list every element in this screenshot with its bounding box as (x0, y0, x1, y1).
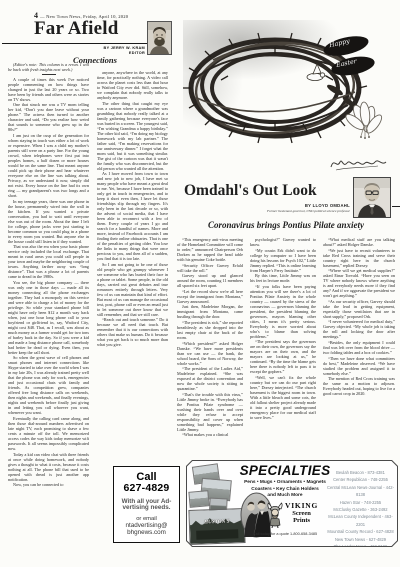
paragraph: By this time, Little Jimmy was on his fe… (250, 273, 316, 283)
viking-ad-inner: HUSTON'S (187, 461, 397, 546)
paragraph: In my teenage years, there was one phone… (8, 199, 89, 244)
paragraph: “We just have to recruit volunteers to t… (323, 248, 395, 268)
newspaper-phone-item: McClusky Gazette - 363-2492 (325, 506, 396, 513)
omdahl-column-3: “What medical stuff are you talking abou… (323, 237, 395, 456)
paragraph: One that struck me was a TV mom telling … (8, 102, 89, 132)
viking-logo-name: VIKING (285, 502, 318, 510)
newspaper-phone-item: New Town News - 627-4829 (325, 536, 396, 543)
omdahl-column-1: “This emergency anti-virus meeting of th… (177, 237, 243, 456)
paragraph: Today a kid can video chat with three fr… (8, 452, 89, 482)
viking-logo-line: Prints (285, 517, 318, 524)
paragraph: “The president is sick,” she reported br… (177, 320, 243, 340)
paragraph-divider (42, 74, 56, 75)
paragraph: “If you folks have been paying attention… (250, 284, 316, 339)
omdahl-byline-block: BY LLOYD OMDAHL Former lieutenant govern… (200, 203, 350, 213)
newspaper-phone-item: Beulah Beacon - 873-4381 (325, 469, 396, 476)
header-rule (392, 206, 400, 207)
editor-headshot-photo (147, 21, 172, 55)
newspaper-phone-item: Center Republican - 748-2255 (325, 476, 396, 483)
paragraph: “Well, we can't fix the whole country bu… (250, 375, 316, 420)
omdahl-byline: BY LLOYD OMDAHL (200, 203, 350, 208)
paragraph: anyone, anywhere in the world, at any ti… (97, 70, 168, 100)
omdahl-article-headline: Coronavirus brings Pontius Pilate anxiet… (177, 220, 395, 230)
omdahl-section-title: Omdahl's Out Look (184, 182, 317, 200)
far-afield-section-title: Far Afield (34, 18, 119, 40)
viking-mascot-icon (267, 502, 283, 528)
paragraph: A couple of times this week I've noticed… (8, 77, 89, 102)
newspaper-phone-item: Central McLean News-Journal - 442-8138 (325, 484, 396, 499)
newspaper-phone-item: Hazen Star - 748-2255 (325, 499, 396, 506)
paragraph: “Security Officer Garvey Erfald will tak… (177, 263, 243, 273)
call-ad-phone: 627-4829 (114, 483, 179, 495)
far-afield-column-1: (Editor's note: This column is a rerun. … (8, 62, 89, 540)
editor-byline-block: BY JERRY W. KRAM EDITOR (40, 46, 145, 55)
paragraph: “What medical stuff are you talking abou… (323, 237, 395, 247)
paragraph: So when the great wave of cell phones an… (8, 355, 89, 415)
header-rule (2, 43, 147, 44)
editors-note: (Editor's note: This column is a rerun. … (8, 62, 89, 72)
paragraph: “I never volunteered for medical duty,” … (323, 319, 395, 339)
paragraph: So I am not going to be one of those old… (97, 262, 168, 317)
newspaper-phone-item: McLean County Independent - 463-2201 (325, 513, 396, 528)
far-afield-column-2: anyone, anywhere in the world, at any ti… (97, 70, 168, 456)
paragraph: “The president of the Ladies Aid,” Madel… (177, 366, 243, 391)
paragraph: “Where will we get medical supplies?” as… (323, 268, 395, 298)
newspaper-phone-list: Beulah Beacon - 873-4381 Center Republic… (325, 469, 396, 550)
call-ad-text: vertising needs. (114, 505, 179, 512)
paragraph: As I have moved from town to town and ne… (97, 171, 168, 261)
paragraph: “As our security officer, Garvey should … (323, 299, 395, 319)
paragraph: “Besides, the only equipment I could fin… (323, 340, 395, 355)
paragraph: “Let the record show we're all here exce… (177, 289, 243, 304)
call-ad-email: bhgnews.com (114, 529, 179, 536)
advertising-call-ad: Call 627-4829 With all your Ad- vertisin… (113, 466, 180, 543)
paragraph: “My cousin Erk didn't want to do college… (250, 248, 316, 273)
paragraph: I am just on the cusp of the generation … (8, 133, 89, 198)
paragraph: Now, you can be connected to (8, 482, 89, 487)
omdahl-byline-sub: Former lieutenant governor, UND politica… (200, 209, 350, 213)
paragraph: “That's the trouble with this virus,” Li… (177, 392, 243, 432)
paragraph: Eventually the calling card came along, … (8, 416, 89, 451)
easter-crown-of-thorns-graphic: Happy Easter (183, 20, 398, 152)
paragraph: psychologist?” Garvey wanted to know. (250, 237, 316, 247)
paragraph: Just then, Madeleine Morgan, the immigra… (177, 304, 243, 319)
viking-logo-line: Screen (285, 510, 318, 517)
paragraph: “Which president?” asked Holger Danske. … (177, 341, 243, 366)
paragraph: The mention of Red Cross training was th… (323, 376, 395, 396)
omdahl-column-2: psychologist?” Garvey wanted to know. “M… (250, 237, 316, 456)
newspaper-phone-item: The Leader-News - 462-8126 (325, 543, 396, 550)
newspaper-page: 4 — New Town News, Friday, April 10, 202… (0, 0, 400, 567)
omdahl-headshot-photo (353, 177, 391, 218)
viking-screen-prints-ad: HUSTON'S (186, 460, 398, 547)
paragraph: Garvey stood up and glanced around the r… (177, 273, 243, 288)
hustons-photo: HUSTON'S (188, 508, 245, 545)
paragraph: “Then we have done what committees do be… (323, 356, 395, 376)
paragraph: “What makes you a clinical (177, 432, 243, 437)
paragraph: “The president says the governors are on… (250, 339, 316, 374)
artist-signature-icon (328, 155, 392, 173)
photo-thumbnail (188, 490, 209, 508)
newspaper-phone-item: Mountrail County Record - 627-4828 (325, 528, 396, 535)
paragraph: “Reach out and touch someone.” Do it bec… (97, 317, 168, 347)
call-ad-email: ntadvertising@ (114, 522, 179, 529)
paragraph: You see, the big phone company — there w… (8, 280, 89, 355)
paragraph: The other thing that caught my eye was a… (97, 101, 168, 171)
paragraph: That was also the era when your basic ph… (8, 244, 89, 279)
paragraph: “This emergency anti-virus meeting of th… (177, 237, 243, 262)
viking-logo: VIKING Screen Prints (267, 502, 318, 528)
